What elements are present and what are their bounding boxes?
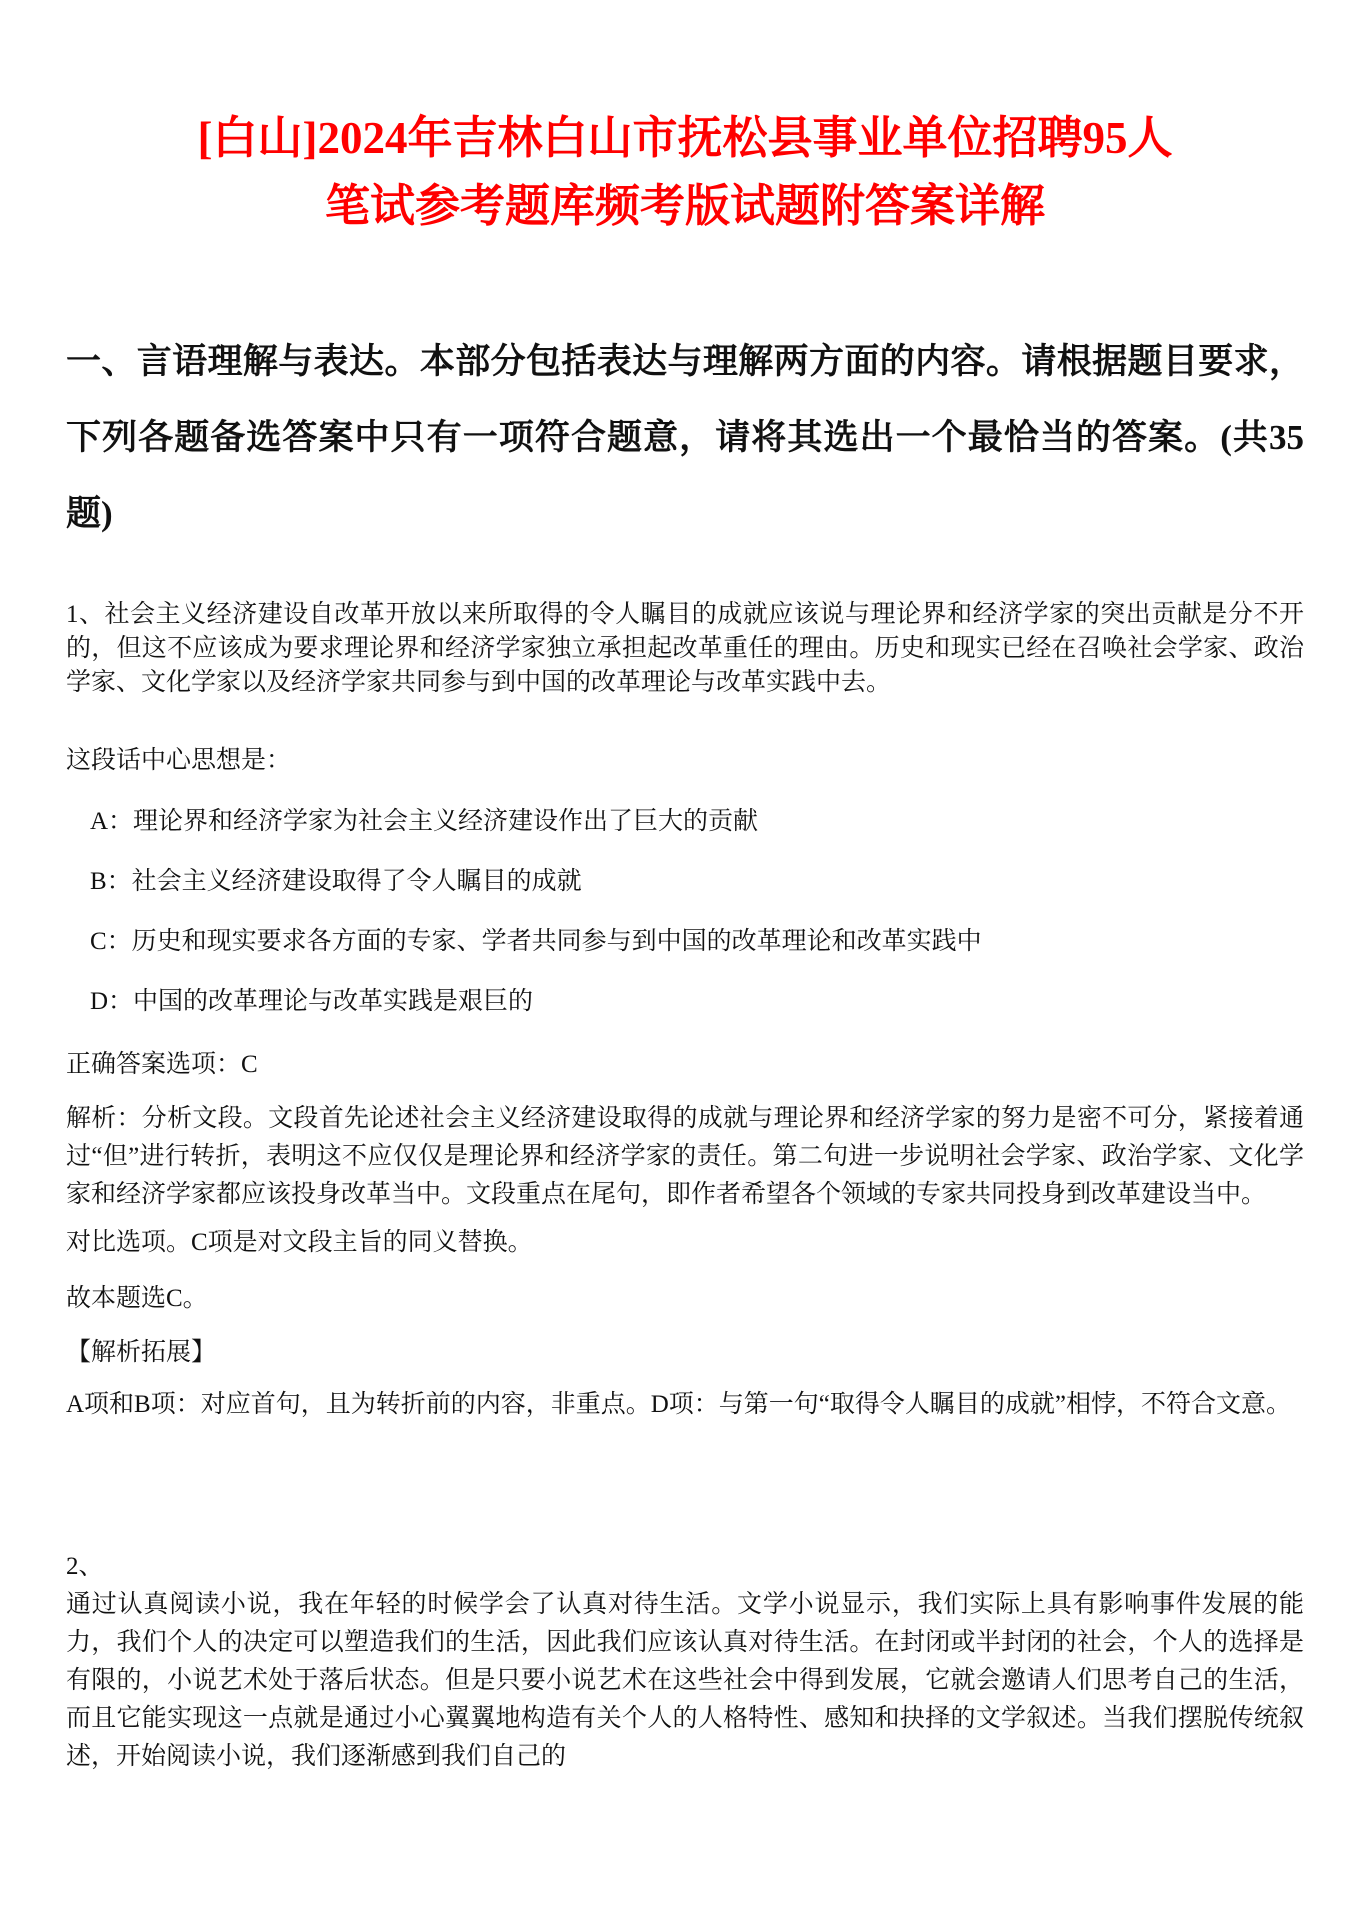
question1-expansion-text: A项和B项：对应首句，且为转折前的内容，非重点。D项：与第一句“取得令人瞩目的成… xyxy=(66,1386,1304,1424)
question1-option-comparison: 对比选项。C项是对文段主旨的同义替换。 xyxy=(66,1224,1304,1262)
document-page: [白山]2024年吉林白山市抚松县事业单位招聘95人 笔试参考题库频考版试题附答… xyxy=(0,0,1360,1924)
question1-stem: 1、社会主义经济建设自改革开放以来所取得的令人瞩目的成就应该说与理论界和经济学家… xyxy=(66,598,1304,700)
question1-option-c: C：历史和现实要求各方面的专家、学者共同参与到中国的改革理论和改革实践中 xyxy=(66,924,1304,960)
title-line-2: 笔试参考题库频考版试题附答案详解 xyxy=(66,172,1304,240)
title-line-1: [白山]2024年吉林白山市抚松县事业单位招聘95人 xyxy=(66,104,1304,172)
question2-stem: 通过认真阅读小说，我在年轻的时候学会了认真对待生活。文学小说显示，我们实际上具有… xyxy=(66,1586,1304,1776)
question1-analysis: 解析：分析文段。文段首先论述社会主义经济建设取得的成就与理论界和经济学家的努力是… xyxy=(66,1100,1304,1214)
section-header: 一、言语理解与表达。本部分包括表达与理解两方面的内容。请根据题目要求，下列各题备… xyxy=(66,324,1304,552)
question1-option-b: B：社会主义经济建设取得了令人瞩目的成就 xyxy=(66,864,1304,900)
question1-expansion-heading: 【解析拓展】 xyxy=(66,1334,1304,1372)
question1-prompt: 这段话中心思想是： xyxy=(66,742,1304,780)
question1-option-d: D：中国的改革理论与改革实践是艰巨的 xyxy=(66,984,1304,1020)
question1-conclusion: 故本题选C。 xyxy=(66,1280,1304,1318)
question2-number: 2、 xyxy=(66,1548,1304,1586)
document-title: [白山]2024年吉林白山市抚松县事业单位招聘95人 笔试参考题库频考版试题附答… xyxy=(66,104,1304,240)
question1-option-a: A：理论界和经济学家为社会主义经济建设作出了巨大的贡献 xyxy=(66,804,1304,840)
question1-correct-answer: 正确答案选项：C xyxy=(66,1046,1304,1084)
